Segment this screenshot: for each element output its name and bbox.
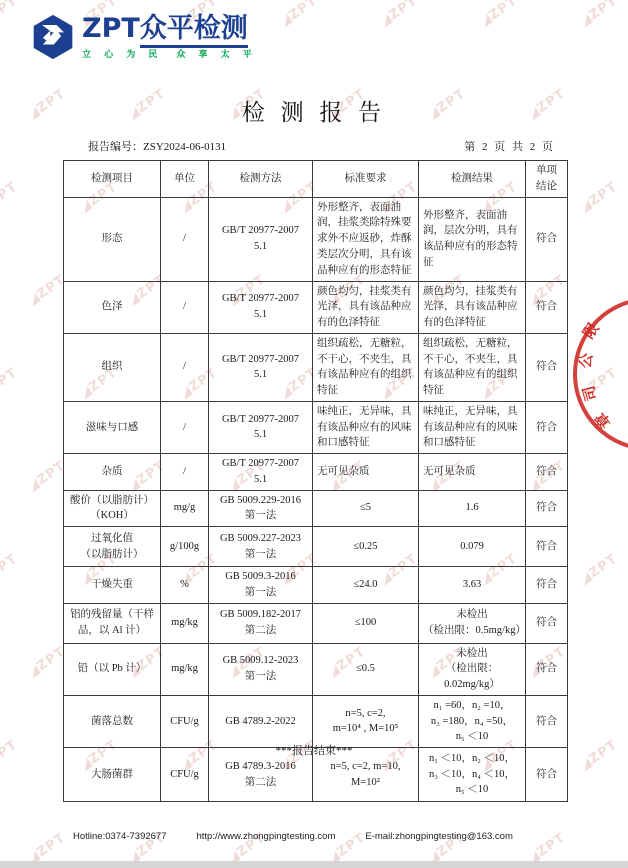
header-method: 检测方法 <box>209 161 313 198</box>
cell-standard: ≤0.5 <box>313 643 419 695</box>
cell-result: 颜色均匀，挂浆类有光泽，具有该品种应有的色泽特征 <box>419 281 526 333</box>
cell-result: 外形整齐，表面油润，层次分明，具有该品种应有的形态特征 <box>419 197 526 281</box>
cell-method: GB 5009.12-2023 第一法 <box>209 643 313 695</box>
cell-result: 无可见杂质 <box>419 454 526 491</box>
cell-standard: 组织疏松，无糖粒，不干心，不夹生，具有该品种应有的组织特征 <box>313 333 419 401</box>
cell-conclusion: 符合 <box>526 333 568 401</box>
cell-unit: mg/kg <box>161 603 209 643</box>
header-conclusion: 单项 结论 <box>526 161 568 198</box>
table-row: 铅（以 Pb 计） mg/kg GB 5009.12-2023 第一法 ≤0.5… <box>64 643 568 695</box>
cell-item: 干燥失重 <box>64 567 161 604</box>
zpt-logo-text: ZPT众平检测 立 心 为 民 众 享 太 平 <box>82 14 257 60</box>
cell-conclusion: 符合 <box>526 695 568 747</box>
cell-method: GB 5009.227-2023 第一法 <box>209 527 313 567</box>
cell-result: n₁ =60，n₂ =10， n₃ =180，n₄ =50， n₅ ＜10 <box>419 695 526 747</box>
report-page: ZPT众平检测 立 心 为 民 众 享 太 平 检 测 报 告 报告编号：ZSY… <box>0 0 628 868</box>
brand-tagline: 立 心 为 民 众 享 太 平 <box>82 47 257 60</box>
footer-website: http://www.zhongpingtesting.com <box>197 831 336 842</box>
cell-standard: 外形整齐，表面油润，挂浆类除特殊要求外不应返砂，炸酥类层次分明，具有该品种应有的… <box>313 197 419 281</box>
zpt-logo: ZPT众平检测 立 心 为 民 众 享 太 平 <box>30 14 257 60</box>
table-row: 滋味与口感 / GB/T 20977-2007 5.1 味纯正，无异味，具有该品… <box>64 401 568 453</box>
table-row: 菌落总数 CFU/g GB 4789.2-2022 n=5, c=2, m=10… <box>64 695 568 747</box>
cell-result: 3.63 <box>419 567 526 604</box>
cell-method: GB 5009.182-2017 第二法 <box>209 603 313 643</box>
cell-method: GB/T 20977-2007 5.1 <box>209 281 313 333</box>
cell-result: 组织疏松，无糖粒，不干心，不夹生，具有该品种应有的组织特征 <box>419 333 526 401</box>
cell-unit: / <box>161 333 209 401</box>
cell-standard: n=5, c=2, m=10⁴ , M=10⁵ <box>313 695 419 747</box>
cell-unit: / <box>161 401 209 453</box>
cell-item: 菌落总数 <box>64 695 161 747</box>
cell-conclusion: 符合 <box>526 603 568 643</box>
cell-unit: g/100g <box>161 527 209 567</box>
cell-conclusion: 符合 <box>526 490 568 527</box>
cell-item: 酸价（以脂肪计） （KOH） <box>64 490 161 527</box>
report-number: 报告编号：ZSY2024-06-0131 <box>63 138 226 154</box>
cell-unit: mg/g <box>161 490 209 527</box>
page-title: 检 测 报 告 <box>0 94 628 127</box>
cell-conclusion: 符合 <box>526 197 568 281</box>
cell-method: GB/T 20977-2007 5.1 <box>209 454 313 491</box>
cell-conclusion: 符合 <box>526 643 568 695</box>
header-standard: 标准要求 <box>313 161 419 198</box>
cell-unit: mg/kg <box>161 643 209 695</box>
table-row: 形态 / GB/T 20977-2007 5.1 外形整齐，表面油润，挂浆类除特… <box>64 197 568 281</box>
cell-standard: 颜色均匀，挂浆类有光泽，具有该品种应有的色泽特征 <box>313 281 419 333</box>
cell-method: GB 5009.3-2016 第一法 <box>209 567 313 604</box>
brand-name: ZPT众平检测 <box>82 14 257 44</box>
cell-conclusion: 符合 <box>526 401 568 453</box>
table-row: 组织 / GB/T 20977-2007 5.1 组织疏松，无糖粒，不干心，不夹… <box>64 333 568 401</box>
results-table: 检测项目 单位 检测方法 标准要求 检测结果 单项 结论 形态 / GB/T 2… <box>63 160 568 802</box>
header-item: 检测项目 <box>64 161 161 198</box>
zpt-logo-icon <box>30 14 76 60</box>
table-row: 杂质 / GB/T 20977-2007 5.1 无可见杂质 无可见杂质 符合 <box>64 454 568 491</box>
brand-chinese: 众平检测 <box>140 13 248 48</box>
cell-standard: ≤24.0 <box>313 567 419 604</box>
table-row: 铝的残留量（干样品，以 Al 计） mg/kg GB 5009.182-2017… <box>64 603 568 643</box>
cell-item: 滋味与口感 <box>64 401 161 453</box>
bottom-gray-bar <box>0 861 628 868</box>
cell-conclusion: 符合 <box>526 454 568 491</box>
cell-unit: / <box>161 281 209 333</box>
report-number-label: 报告编号： <box>88 141 143 153</box>
cell-unit: / <box>161 197 209 281</box>
cell-item: 铅（以 Pb 计） <box>64 643 161 695</box>
page-indicator: 第 2 页 共 2 页 <box>464 138 567 154</box>
report-end-note: ***报告结束*** <box>0 742 628 758</box>
table-row: 色泽 / GB/T 20977-2007 5.1 颜色均匀，挂浆类有光泽，具有该… <box>64 281 568 333</box>
cell-standard: ≤5 <box>313 490 419 527</box>
cell-method: GB 5009.229-2016 第一法 <box>209 490 313 527</box>
cell-item: 形态 <box>64 197 161 281</box>
brand-latin: ZPT <box>82 13 140 44</box>
cell-standard: ≤0.25 <box>313 527 419 567</box>
cell-conclusion: 符合 <box>526 567 568 604</box>
table-row: 干燥失重 % GB 5009.3-2016 第一法 ≤24.0 3.63 符合 <box>64 567 568 604</box>
footer-email: E-mail:zhongpingtesting@163.com <box>365 831 512 842</box>
cell-method: GB/T 20977-2007 5.1 <box>209 333 313 401</box>
cell-standard: 无可见杂质 <box>313 454 419 491</box>
cell-method: GB 4789.2-2022 <box>209 695 313 747</box>
cell-item: 过氧化值 （以脂肪计） <box>64 527 161 567</box>
cell-result: 味纯正，无异味，具有该品种应有的风味和口感特征 <box>419 401 526 453</box>
cell-standard: 味纯正，无异味，具有该品种应有的风味和口感特征 <box>313 401 419 453</box>
footer-hotline: Hotline:0374-7392677 <box>73 831 167 842</box>
cell-standard: ≤100 <box>313 603 419 643</box>
header-result: 检测结果 <box>419 161 526 198</box>
cell-item: 色泽 <box>64 281 161 333</box>
report-number-value: ZSY2024-06-0131 <box>143 141 226 153</box>
cell-result: 未检出 （检出限：0.02mg/kg） <box>419 643 526 695</box>
cell-unit: CFU/g <box>161 695 209 747</box>
cell-result: 未检出 （检出限：0.5mg/kg） <box>419 603 526 643</box>
cell-unit: / <box>161 454 209 491</box>
cell-unit: % <box>161 567 209 604</box>
cell-conclusion: 符合 <box>526 281 568 333</box>
cell-result: 0.079 <box>419 527 526 567</box>
table-row: 酸价（以脂肪计） （KOH） mg/g GB 5009.229-2016 第一法… <box>64 490 568 527</box>
header-unit: 单位 <box>161 161 209 198</box>
cell-item: 铝的残留量（干样品，以 Al 计） <box>64 603 161 643</box>
cell-conclusion: 符合 <box>526 527 568 567</box>
cell-item: 组织 <box>64 333 161 401</box>
table-header-row: 检测项目 单位 检测方法 标准要求 检测结果 单项 结论 <box>64 161 568 198</box>
page-footer: Hotline:0374-7392677 http://www.zhongpin… <box>73 831 553 842</box>
report-meta: 报告编号：ZSY2024-06-0131 第 2 页 共 2 页 <box>63 138 567 154</box>
cell-result: 1.6 <box>419 490 526 527</box>
cell-method: GB/T 20977-2007 5.1 <box>209 401 313 453</box>
cell-item: 杂质 <box>64 454 161 491</box>
cell-method: GB/T 20977-2007 5.1 <box>209 197 313 281</box>
table-row: 过氧化值 （以脂肪计） g/100g GB 5009.227-2023 第一法 … <box>64 527 568 567</box>
